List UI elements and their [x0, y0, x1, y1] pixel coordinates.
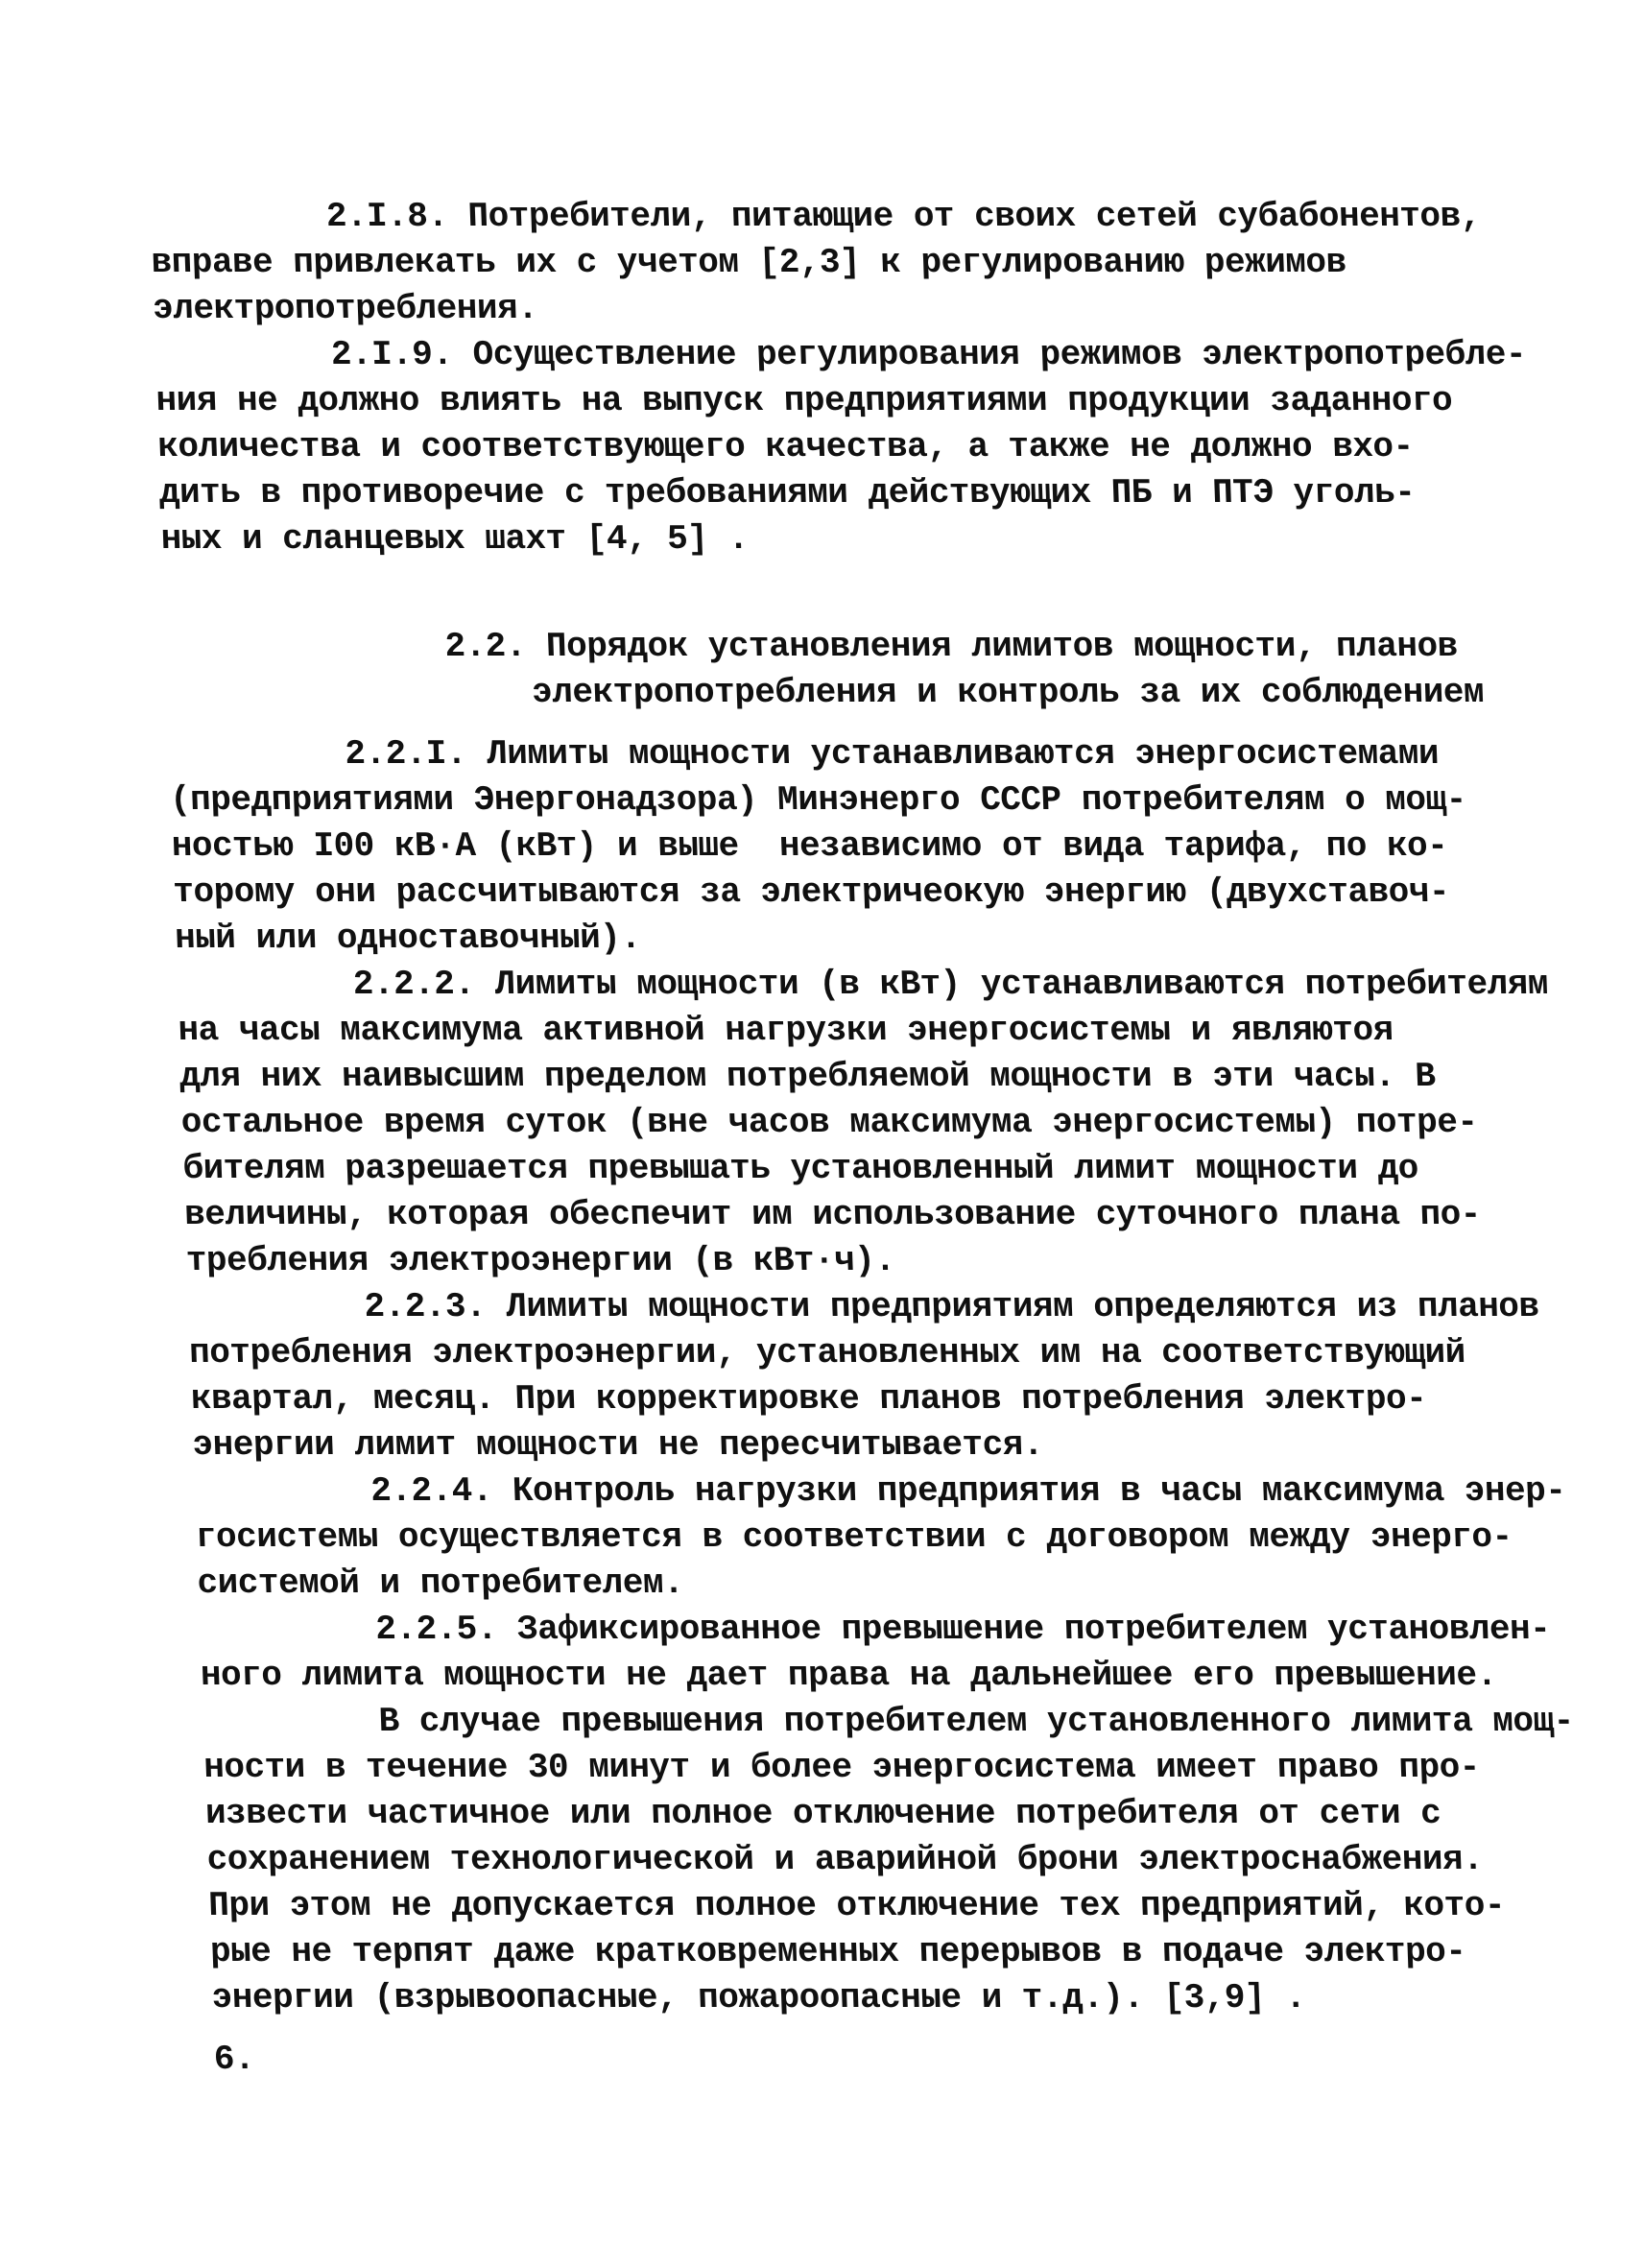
text-line: 2.2.3. Лимиты мощности предприятиям опре… [187, 1284, 1633, 1330]
text-line: дить в противоречие с требованиями дейст… [158, 470, 1605, 516]
scan-skew-wrapper: 2.I.8. Потребители, питающие от своих се… [0, 0, 1644, 2083]
text-line: энергии лимит мощности не пересчитываетс… [192, 1422, 1638, 1468]
text-line: ния не должно влиять на выпуск предприят… [155, 378, 1602, 424]
paragraph: 2.I.9. Осуществление регулирования режим… [154, 332, 1606, 562]
text-line: системой и потребителем. [197, 1561, 1643, 1607]
text-line: 2.I.9. Осуществление регулирования режим… [154, 332, 1600, 378]
paragraph: 2.2.4. Контроль нагрузки предприятия в ч… [193, 1468, 1642, 1607]
text-line: В случае превышения потребителем установ… [202, 1699, 1644, 1745]
section-heading-line: электропотребления и контроль за их собл… [165, 670, 1611, 716]
text-line: сохранением технологической и аварийной … [206, 1837, 1644, 1883]
text-line: 2.I.8. Потребители, питающие от своих се… [149, 194, 1595, 240]
text-line: энергии (взрывоопасные, пожароопасные и … [211, 1975, 1644, 2021]
text-line: торому они рассчитываются за электричеок… [173, 870, 1619, 916]
text-line: При этом не допускается полное отключени… [208, 1883, 1644, 1929]
section-heading-line: 2.2. Порядок установления лимитов мощнос… [164, 624, 1610, 670]
paragraph: 2.I.8. Потребители, питающие от своих се… [149, 194, 1598, 332]
document-content: 2.I.8. Потребители, питающие от своих се… [149, 194, 1644, 2021]
paragraph: В случае превышения потребителем установ… [202, 1699, 1644, 2021]
text-line: на часы максимума активной нагрузки энер… [178, 1008, 1624, 1054]
text-line: ностью I00 кВ·А (кВт) и выше независимо … [171, 824, 1617, 870]
paragraph: 2.2.5. Зафиксированное превышение потреб… [198, 1607, 1644, 1699]
text-line: для них наивысшим пределом потребляемой … [179, 1054, 1625, 1100]
text-line: 2.2.2. Лимиты мощности (в кВт) устанавли… [176, 962, 1622, 1008]
text-line: остальное время суток (вне часов максиму… [180, 1100, 1627, 1146]
text-line: ности в течение 30 минут и более энергос… [203, 1745, 1644, 1791]
text-line: извести частичное или полное отключение … [204, 1791, 1644, 1837]
paragraph: 2.2.2. Лимиты мощности (в кВт) устанавли… [176, 962, 1632, 1284]
text-line: количества и соответствующего качества, … [156, 424, 1603, 470]
document-page: 2.I.8. Потребители, питающие от своих се… [0, 0, 1644, 2268]
text-line: вправе привлекать их с учетом [2,3] к ре… [151, 240, 1597, 286]
text-line: 2.2.5. Зафиксированное превышение потреб… [198, 1607, 1644, 1653]
text-line: рые не терпят даже кратковременных перер… [209, 1929, 1644, 1975]
text-line: бителям разрешается превышать установлен… [182, 1146, 1629, 1192]
text-line: потребления электроэнергии, установленны… [188, 1330, 1634, 1376]
text-line: (предприятиями Энергонадзора) Минэнерго … [169, 777, 1615, 824]
text-line: ных и сланцевых шахт [4, 5] . [160, 516, 1607, 562]
text-line: 2.2.I. Лимиты мощности устанавливаются э… [168, 731, 1614, 777]
text-line: 2.2.4. Контроль нагрузки предприятия в ч… [193, 1468, 1639, 1515]
text-line: электропотребления. [152, 286, 1598, 332]
section-heading: 2.2. Порядок установления лимитов мощнос… [164, 624, 1611, 716]
page-number: 6. [213, 2037, 1644, 2083]
text-line: ный или одноставочный). [174, 916, 1620, 962]
text-line: требления электроэнергии (в кВт·ч). [185, 1238, 1632, 1284]
text-line: ного лимита мощности не дает права на да… [200, 1653, 1644, 1699]
paragraph: 2.2.3. Лимиты мощности предприятиям опре… [187, 1284, 1638, 1468]
text-line: госистемы осуществляется в соответствии … [195, 1515, 1641, 1561]
text-line: величины, которая обеспечит им использов… [183, 1192, 1630, 1238]
text-line: квартал, месяц. При корректировке планов… [190, 1376, 1636, 1422]
paragraph: 2.2.I. Лимиты мощности устанавливаются э… [168, 731, 1620, 962]
